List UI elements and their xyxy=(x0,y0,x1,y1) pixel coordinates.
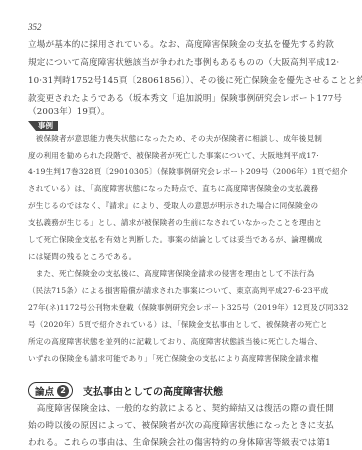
text-line: 款変更されたようである（坂本秀文「追加説明」保険事例研究会レポート177号 xyxy=(28,93,338,105)
issue-badge-label: 論点 xyxy=(35,384,54,398)
issue-badge: 論点 2 xyxy=(28,382,73,399)
text-line: （2003年）19頁）。 xyxy=(28,106,338,118)
text-line: 規定について高度障害状態該当が争われた事例もあるものの（大阪高判平成12· xyxy=(28,57,338,69)
text-line: が生じるのではなく、『請求』により、受取人の意思が明示された場合に同保険金の xyxy=(28,200,338,212)
case-label: 事例 xyxy=(36,121,58,131)
text-line: 高度障害保険金は、一般的な約款によると、契約締結又は復活の際の責任開 xyxy=(28,403,338,415)
text-line: 被保険者が意思能力喪失状態になったため、その夫が保険者に相談し、成年後見制 xyxy=(28,133,338,145)
issue-title: 支払事由としての高度障害状態 xyxy=(83,383,223,398)
text-line: 10·31判時1752号145頁〔28061856〕）、その後に死亡保険金を優先… xyxy=(28,75,338,87)
text-line: いずれの保険金も請求可能であり」「死亡保険金の支払により高度障害保険金請求権 xyxy=(28,353,338,365)
text-line: には疑問の残るところである。 xyxy=(28,251,338,263)
text-line: 所定の高度障害状態を並列的に記載しており、高度障害状態該当後に死亡した場合、 xyxy=(28,336,338,348)
text-line: されている）は、「高度障害状態になった時点で、直ちに高度障害保険金の支払義務 xyxy=(28,183,338,195)
text-line: 27年(ネ)1172号公刊物未登載（保険事例研究会レポート325号（2019年）… xyxy=(28,302,338,314)
text-line: 立場が基本的に採用されている。なお、高度障害保険金の支払を優先する約款 xyxy=(28,39,338,51)
issue-number: 2 xyxy=(57,385,69,397)
text-line: して死亡保険金支払を有効と判断した。事案の結論としては妥当であるが、論理構成 xyxy=(28,234,338,246)
text-line: われる。これらの事由は、生命保険会社の傷害特約の身体障害等級表では第1 xyxy=(28,437,338,449)
text-line: 始の時以後の原因によって、被保険者が次の高度障害状態になったときに支払 xyxy=(28,420,338,432)
text-line: 号（2020年）5頁で紹介されている）は、「保険金支払事由として、被保険者の死亡… xyxy=(28,319,338,331)
text-line: 度の利用を勧められた段階で、被保険者が死亡した事案について、大阪地判平成17· xyxy=(28,150,338,162)
text-line: （民法715条）による損害賠償が請求された事案について、東京高判平成27·6·2… xyxy=(28,285,338,297)
text-line: 支払義務が生じる」とし、請求が被保険者の生前になされていなかったことを理由と xyxy=(28,217,338,229)
case-heading: 事例 xyxy=(28,121,58,131)
text-line: 4·19生判17巻328頁〔29010305〕（保険事例研究会レポート209号（… xyxy=(28,166,338,178)
issue-heading: 論点 2 支払事由としての高度障害状態 xyxy=(28,382,223,399)
page-number: 352 xyxy=(28,22,42,32)
slash-decoration-icon xyxy=(28,121,36,131)
text-line: また、死亡保険金の支払後に、高度障害保険金請求の侵害を理由として不法行為 xyxy=(28,268,338,280)
